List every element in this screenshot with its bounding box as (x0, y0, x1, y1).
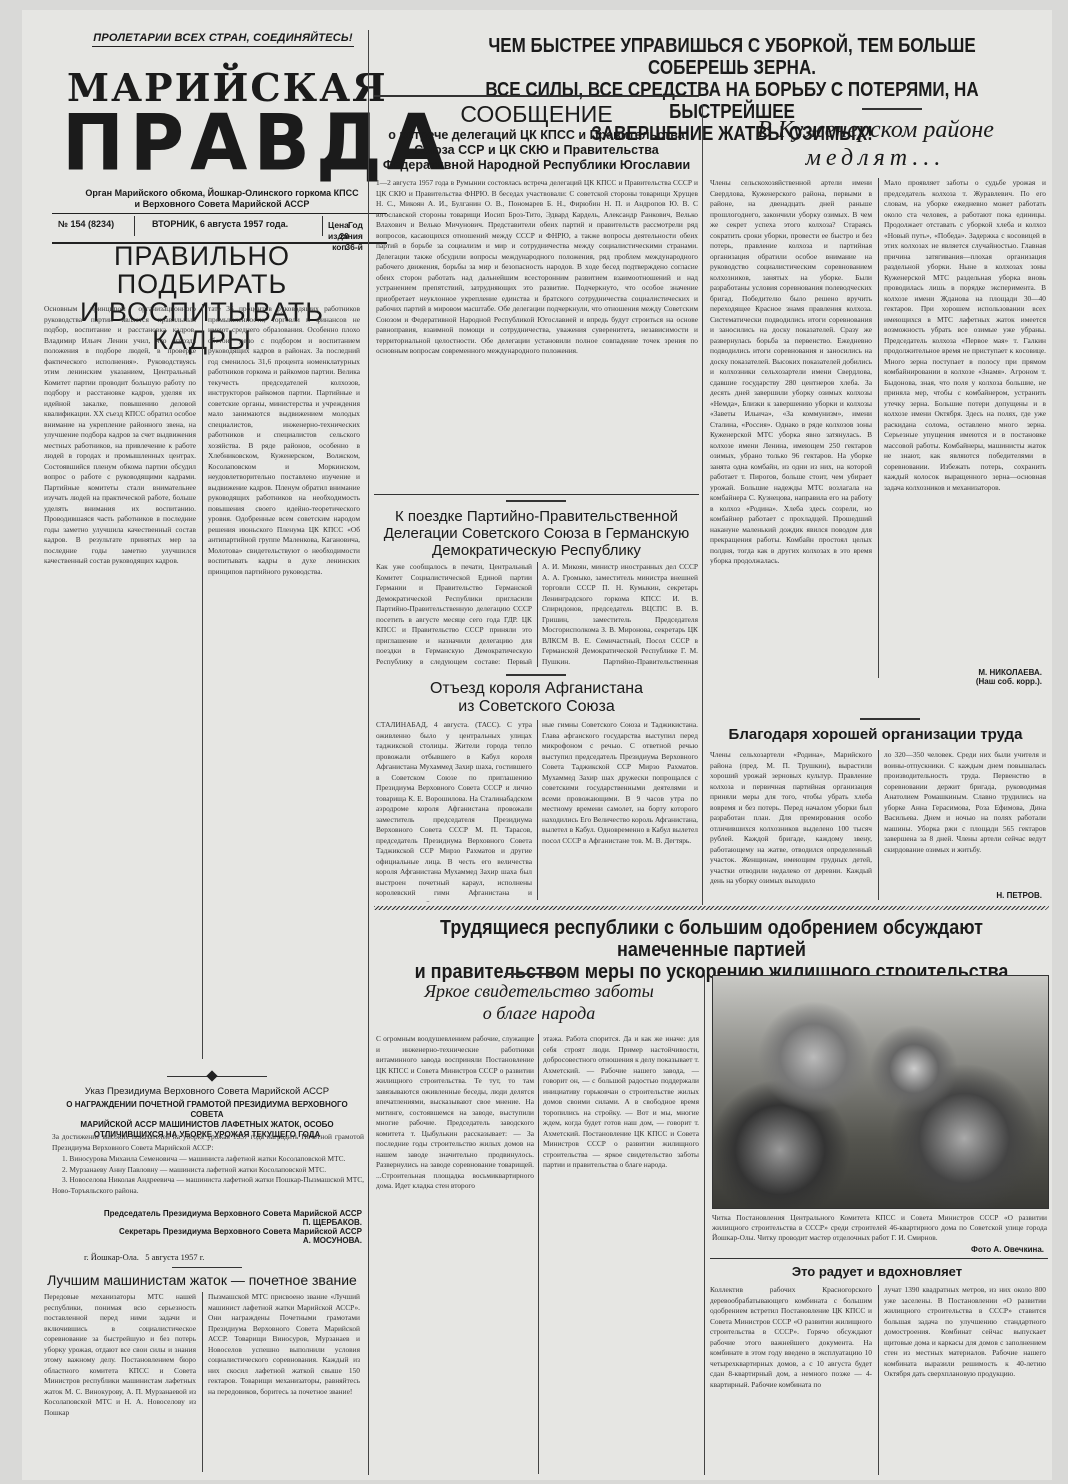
best-operators-column-1: Передовые механизаторы МТС нашей республ… (44, 1292, 196, 1472)
gdr-headline-line2: Делегации Советского Союза в Германскую (374, 525, 699, 542)
secretary-title: Секретарь Президиума Верховного Совета М… (62, 1227, 362, 1236)
housing-banner: Трудящиеся республики с большим одобрени… (408, 917, 1016, 983)
newspaper-page: ПРОЛЕТАРИИ ВСЕХ СТРАН, СОЕДИНЯЙТЕСЬ! МАР… (22, 10, 1052, 1480)
gdr-trip-headline: К поездке Партийно-Правительственной Дел… (374, 508, 699, 559)
afghan-headline-line2: из Советского Союза (374, 698, 699, 716)
decree-item: 1. Виносурова Михаила Семеновича — машин… (52, 1154, 364, 1165)
editorial-column-1: Основным принципом организационного руко… (44, 304, 196, 1062)
decree-chairman: Председатель Президиума Верховного Совет… (62, 1209, 362, 1245)
kuzhener-headline-line1: В Куженерском районе (708, 116, 1043, 144)
rodina-column-2: ло 320—350 человек. Среди них были учите… (884, 750, 1046, 890)
masthead-title-line2: ПРАВДА (62, 101, 372, 185)
organ-line1: Орган Марийского обкома, Йошкар-Олинског… (82, 188, 362, 199)
housing-subheadline-line2: о благе народа (374, 1002, 704, 1024)
secretary-name: А. МОСУНОВА. (62, 1236, 362, 1245)
photo-credit: Фото А. Овечкина. (892, 1245, 1044, 1254)
decree-subtitle-line2: МАРИЙСКОЙ АССР МАШИНИСТОВ ЛАФЕТНЫХ ЖАТОК… (52, 1120, 362, 1130)
issue-bar: № 154 (8234) ВТОРНИК, 6 августа 1957 год… (52, 213, 387, 244)
housing-column-2: этажа. Работа спорится. Да и как же инач… (543, 1034, 699, 1474)
kuzhener-column-2: Мало проявляет заботы о судьбе урожая и … (884, 178, 1046, 630)
best-operators-column-2: Пызмашской МТС присвоено звание «Лучший … (208, 1292, 360, 1472)
decree-items: 1. Виносурова Михаила Семеновича — машин… (52, 1154, 364, 1206)
kuzhener-byline: М. НИКОЛАЕВА. (Наш соб. корр.). (892, 668, 1042, 686)
slogan-line1: ЧЕМ БЫСТРЕЕ УПРАВИШЬСЯ С УБОРКОЙ, ТЕМ БО… (452, 35, 1013, 79)
kuzhener-column-1: Члены сельскохозяйственной артели имени … (710, 178, 872, 678)
decree-subtitle-line1: О НАГРАЖДЕНИИ ПОЧЕТНОЙ ГРАМОТОЙ ПРЕЗИДИУ… (52, 1100, 362, 1120)
organ-line2: и Верховного Совета Марийской АССР (82, 199, 362, 210)
kuzhener-headline: В Куженерском районе медлят... (708, 116, 1043, 172)
kuzhener-author-note: (Наш соб. корр.). (892, 677, 1042, 686)
decree-title: Указ Президиума Верховного Совета Марийс… (52, 1086, 362, 1097)
gdr-trip-column-2: А. И. Микоян, министр иностранных дел СС… (542, 562, 698, 668)
decree-place-date: г. Йошкар-Ола. 5 августа 1957 г. (84, 1252, 204, 1262)
inspires-column-2: лучат 1390 квадратных метров, из них око… (884, 1285, 1046, 1475)
gdr-trip-column-1: Как уже сообщалось в печати, Центральный… (376, 562, 532, 668)
inspires-headline: Это радует и вдохновляет (708, 1264, 1046, 1280)
afghan-headline: Отъезд короля Афганистана из Советского … (374, 680, 699, 716)
housing-subheadline-line1: Яркое свидетельство заботы (374, 980, 704, 1002)
afghan-column-2: ные гимны Советского Союза и Таджикистан… (542, 720, 698, 902)
best-operators-headline: Лучшим машинистам жаток — почетное звани… (42, 1272, 362, 1288)
issue-date: ВТОРНИК, 6 августа 1957 года. (152, 219, 288, 229)
afghan-headline-line1: Отъезд короля Афганистана (374, 680, 699, 698)
communique-subtitle: о встрече делегаций ЦК КПСС и Правительс… (374, 128, 699, 173)
housing-subheadline: Яркое свидетельство заботы о благе народ… (374, 980, 704, 1024)
afghan-column-1: СТАЛИНАБАД, 4 августа. (ТАСС). С утра ож… (376, 720, 532, 902)
editorial-column-2: тате 35 процентов руководящих работников… (208, 304, 360, 1062)
decree-item: 3. Новоселова Николая Андреевича — машин… (52, 1175, 364, 1196)
kuzhener-headline-line2: медлят... (708, 144, 1043, 172)
rodina-headline: Благодаря хорошей организации труда (708, 726, 1043, 744)
communique-subtitle-line3: Федеративной Народной Республики Югослав… (374, 158, 699, 173)
housing-column-1: С огромным воодушевлением рабочие, служа… (376, 1034, 534, 1474)
construction-workers-photo (712, 975, 1049, 1209)
masthead-organ: Орган Марийского обкома, Йошкар-Олинског… (82, 188, 362, 210)
rodina-author: Н. ПЕТРОВ. (892, 891, 1042, 900)
masthead-motto: ПРОЛЕТАРИИ ВСЕХ СТРАН, СОЕДИНЯЙТЕСЬ! (92, 32, 354, 47)
chairman-title: Председатель Президиума Верховного Совет… (62, 1209, 362, 1218)
kuzhener-author: М. НИКОЛАЕВА. (892, 668, 1042, 677)
decree-item: 2. Мурзанаеву Анну Павловну — машиниста … (52, 1165, 364, 1176)
communique-title: СООБЩЕНИЕ (374, 102, 699, 126)
gdr-headline-line3: Демократическую Республику (374, 542, 699, 559)
communique-subtitle-line1: о встрече делегаций ЦК КПСС и Правительс… (374, 128, 699, 143)
issue-number: № 154 (8234) (58, 219, 114, 229)
communique-body: 1—2 августа 1957 года в Румынии состояла… (376, 178, 698, 488)
communique-subtitle-line2: Союза ССР и ЦК СКЮ и Правительства (374, 143, 699, 158)
rodina-column-1: Члены сельхозартели «Родина», Марийского… (710, 750, 872, 900)
photo-caption: Читка Постановления Центрального Комитет… (712, 1213, 1047, 1243)
chairman-name: П. ЩЕРБАКОВ. (62, 1218, 362, 1227)
inspires-column-1: Коллектив рабочих Красногорского деревоо… (710, 1285, 872, 1475)
housing-banner-line1: Трудящиеся республики с большим одобрени… (408, 917, 1016, 961)
gdr-headline-line1: К поездке Партийно-Правительственной (374, 508, 699, 525)
editorial-headline-line1: ПРАВИЛЬНО ПОДБИРАТЬ (42, 242, 362, 298)
